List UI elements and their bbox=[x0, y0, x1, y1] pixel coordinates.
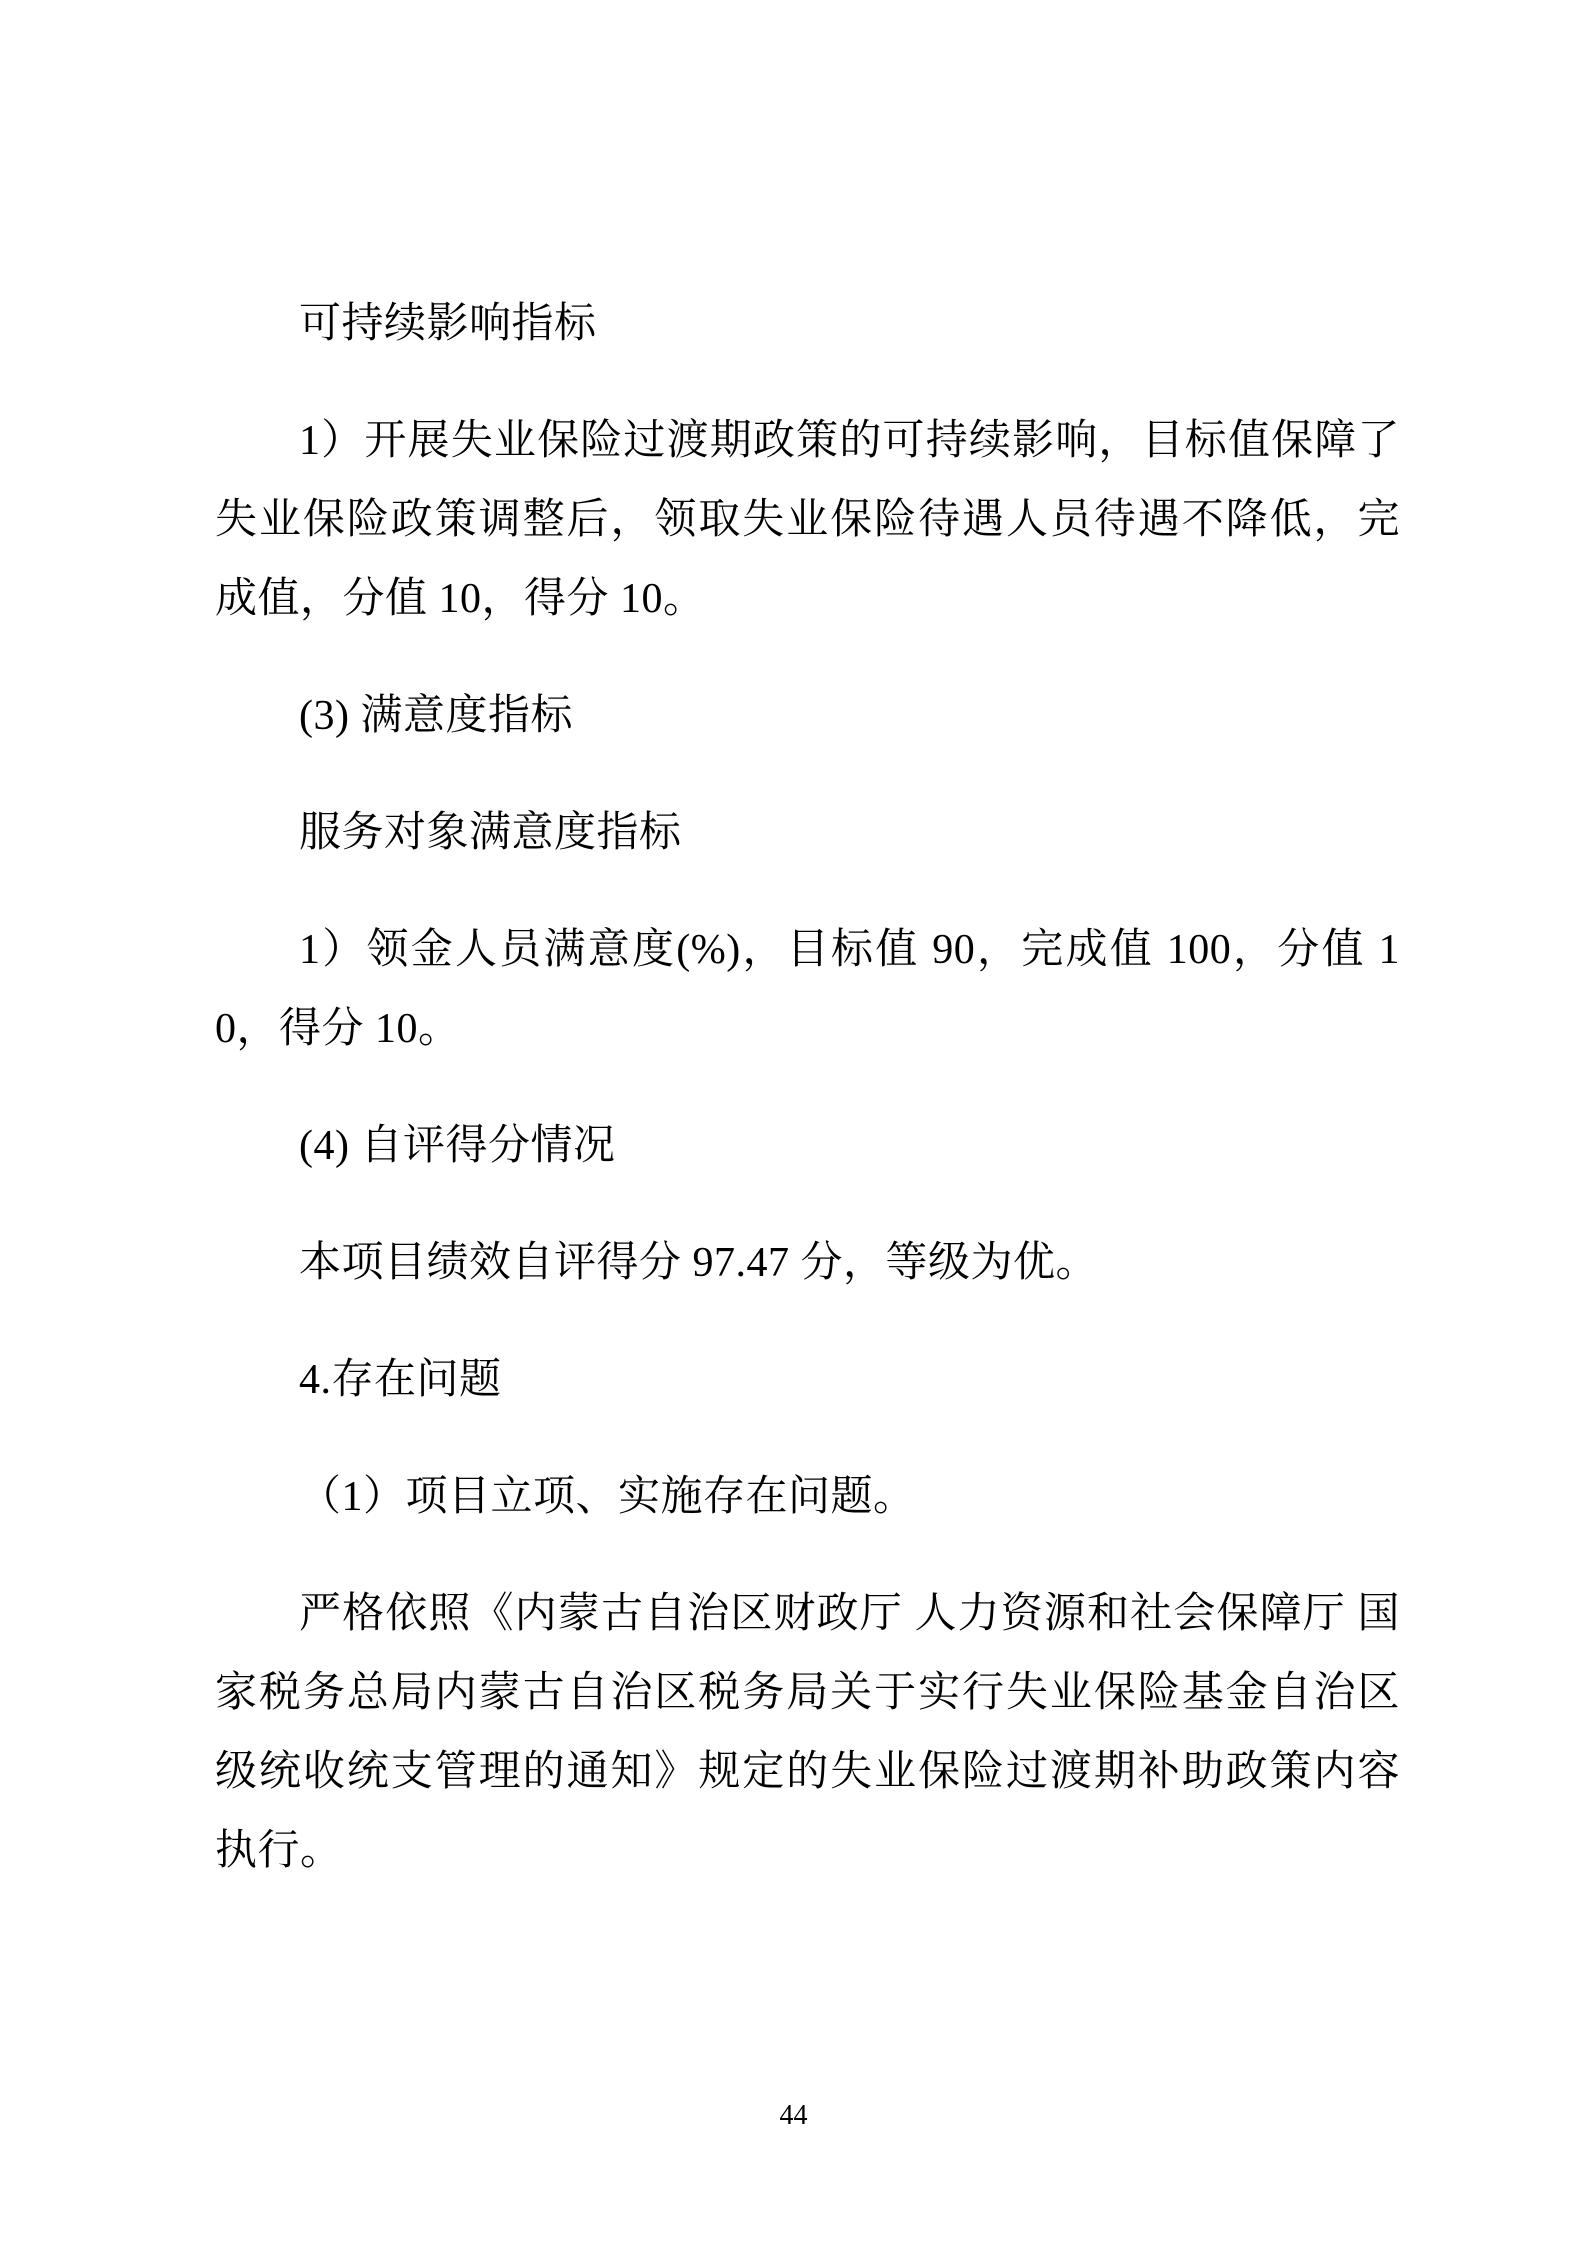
paragraph-self-score-heading: (4) 自评得分情况 bbox=[215, 1107, 1400, 1186]
page: 可持续影响指标 1）开展失业保险过渡期政策的可持续影响，目标值保障了失业保险政策… bbox=[0, 0, 1587, 2245]
document-body: 可持续影响指标 1）开展失业保险过渡期政策的可持续影响，目标值保障了失业保险政策… bbox=[215, 247, 1400, 1891]
document-page-background: { "document": { "background_color": "#ff… bbox=[0, 0, 1587, 2245]
paragraph-sustainability-detail: 1）开展失业保险过渡期政策的可持续影响，目标值保障了失业保险政策调整后，领取失业… bbox=[215, 402, 1400, 639]
paragraph-self-score-detail: 本项目绩效自评得分 97.47 分，等级为优。 bbox=[215, 1224, 1400, 1303]
paragraph-satisfaction-heading: (3) 满意度指标 bbox=[215, 677, 1400, 756]
paragraph-policy-basis: 严格依照《内蒙古自治区财政厅 人力资源和社会保障厅 国家税务总局内蒙古自治区税务… bbox=[215, 1575, 1400, 1891]
page-number: 44 bbox=[0, 2102, 1587, 2130]
paragraph-problems-heading: 4.存在问题 bbox=[215, 1341, 1400, 1420]
paragraph-satisfaction-detail: 1）领金人员满意度(%)，目标值 90，完成值 100，分值 10，得分 10。 bbox=[215, 911, 1400, 1069]
paragraph-service-target-heading: 服务对象满意度指标 bbox=[215, 794, 1400, 873]
paragraph-sustainability-heading: 可持续影响指标 bbox=[215, 285, 1400, 364]
paragraph-problems-subheading: （1）项目立项、实施存在问题。 bbox=[215, 1458, 1400, 1537]
